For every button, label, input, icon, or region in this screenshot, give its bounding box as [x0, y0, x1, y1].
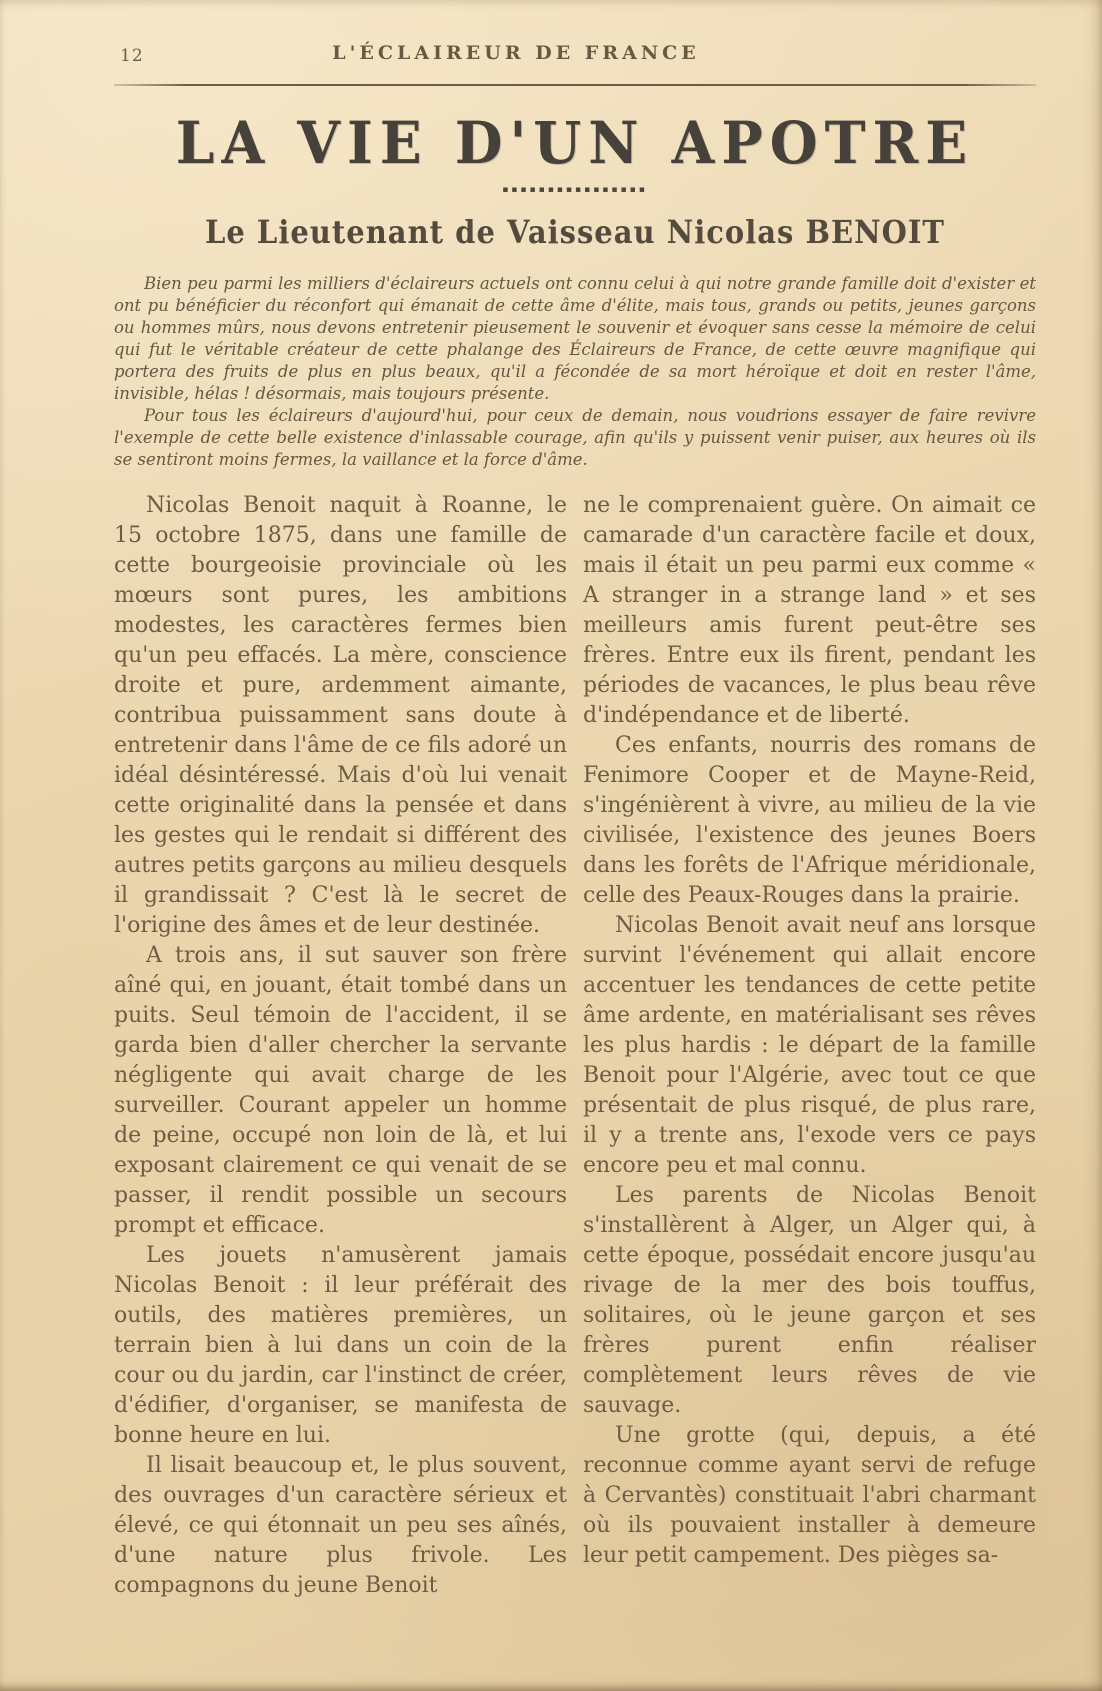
ornament-divider: ▪▪▪▪▪▪▪▪▪▪▪▪▪▪▪▪ — [114, 185, 1036, 195]
body-columns: Nicolas Benoit naquit à Roanne, le 15 oc… — [114, 491, 1036, 1601]
body-paragraph: Nicolas Benoit avait neuf ans lorsque su… — [583, 911, 1036, 1181]
body-paragraph: Les jouets n'amusèrent jamais Nicolas Be… — [114, 1241, 567, 1451]
lede-paragraph: Pour tous les éclaireurs d'aujourd'hui, … — [114, 405, 1036, 471]
right-column: ne le comprenaient guère. On aimait ce c… — [583, 491, 1036, 1601]
body-paragraph: Une grotte (qui, depuis, a été reconnue … — [583, 1421, 1036, 1571]
lede-block: Bien peu parmi les milliers d'éclaireurs… — [114, 273, 1036, 471]
journal-title: L'ÉCLAIREUR DE FRANCE — [0, 42, 1032, 64]
article-title: LA VIE D'UN APOTRE — [114, 108, 1036, 177]
header-rule — [114, 84, 1036, 86]
body-paragraph: Ces enfants, nourris des romans de Fenim… — [583, 731, 1036, 911]
running-head: 12 L'ÉCLAIREUR DE FRANCE — [0, 0, 1102, 92]
article-subtitle: Le Lieutenant de Vaisseau Nicolas BENOIT — [114, 214, 1036, 251]
left-column: Nicolas Benoit naquit à Roanne, le 15 oc… — [114, 491, 567, 1601]
body-paragraph: Il lisait beaucoup et, le plus souvent, … — [114, 1451, 567, 1601]
lede-paragraph: Bien peu parmi les milliers d'éclaireurs… — [114, 273, 1036, 405]
scanned-magazine-page: 12 L'ÉCLAIREUR DE FRANCE LA VIE D'UN APO… — [0, 0, 1102, 1691]
body-paragraph: A trois ans, il sut sauver son frère aîn… — [114, 941, 567, 1241]
body-paragraph: Nicolas Benoit naquit à Roanne, le 15 oc… — [114, 491, 567, 941]
body-paragraph-continuation: ne le comprenaient guère. On aimait ce c… — [583, 491, 1036, 731]
body-paragraph: Les parents de Nicolas Benoit s'installè… — [583, 1181, 1036, 1421]
article: LA VIE D'UN APOTRE ▪▪▪▪▪▪▪▪▪▪▪▪▪▪▪▪ Le L… — [114, 92, 1036, 1601]
